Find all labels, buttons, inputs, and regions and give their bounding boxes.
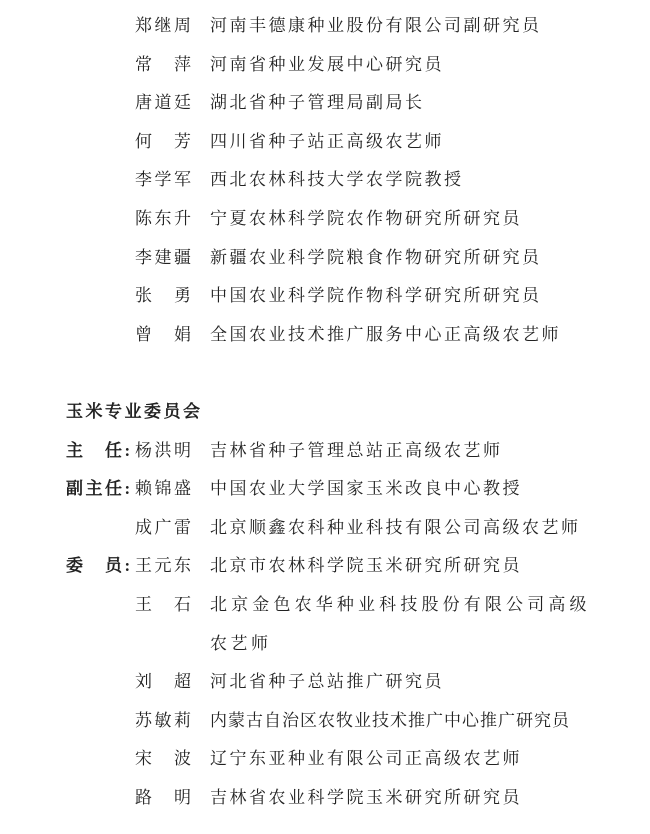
member-name: 刘 超	[135, 663, 210, 702]
member-name: 王 石	[135, 586, 210, 625]
member-name: 郑继周	[135, 7, 210, 46]
member-row: 李学军 西北农林科技大学农学院教授	[0, 161, 650, 200]
member-name: 陈东升	[135, 200, 210, 239]
member-affiliation: 中国农业大学国家玉米改良中心教授	[210, 470, 590, 509]
member-row: 王 石 北京金色农华种业科技股份有限公司高级农艺师	[0, 586, 650, 663]
role-label: 主 任:	[66, 432, 135, 471]
member-affiliation: 四川省种子站正高级农艺师	[210, 123, 590, 162]
member-row: 委 员: 王元东 北京市农林科学院玉米研究所研究员	[0, 547, 650, 586]
member-row: 刘 超 河北省种子总站推广研究员	[0, 663, 650, 702]
member-row: 曾 娟 全国农业技术推广服务中心正高级农艺师	[0, 316, 650, 355]
member-row: 宋 波 辽宁东亚种业有限公司正高级农艺师	[0, 740, 650, 779]
member-name: 曾 娟	[135, 316, 210, 355]
member-affiliation: 北京顺鑫农科种业科技有限公司高级农艺师	[210, 509, 590, 548]
member-name: 张 勇	[135, 277, 210, 316]
member-name: 成广雷	[135, 509, 210, 548]
member-row: 唐道廷 湖北省种子管理局副局长	[0, 84, 650, 123]
member-row: 常 萍 河南省种业发展中心研究员	[0, 46, 650, 85]
member-row: 郑继周 河南丰德康种业股份有限公司副研究员	[0, 7, 650, 46]
member-row: 张 勇 中国农业科学院作物科学研究所研究员	[0, 277, 650, 316]
member-name: 王元东	[135, 547, 210, 586]
member-row: 成广雷 北京顺鑫农科种业科技有限公司高级农艺师	[0, 509, 650, 548]
member-row: 路 明 吉林省农业科学院玉米研究所研究员	[0, 779, 650, 818]
member-name: 何 芳	[135, 123, 210, 162]
member-affiliation: 吉林省农业科学院玉米研究所研究员	[210, 779, 590, 818]
member-row: 陈东升 宁夏农林科学院农作物研究所研究员	[0, 200, 650, 239]
member-affiliation: 湖北省种子管理局副局长	[210, 84, 590, 123]
role-label: 副主任:	[66, 470, 135, 509]
section-heading: 玉米专业委员会	[66, 393, 650, 432]
committee-section-1: 郑继周 河南丰德康种业股份有限公司副研究员 常 萍 河南省种业发展中心研究员 唐…	[0, 7, 650, 354]
member-affiliation: 西北农林科技大学农学院教授	[210, 161, 590, 200]
role-label: 委 员:	[66, 547, 135, 586]
member-name: 赖锦盛	[135, 470, 210, 509]
member-name: 李学军	[135, 161, 210, 200]
member-affiliation: 辽宁东亚种业有限公司正高级农艺师	[210, 740, 590, 779]
member-name: 苏敏莉	[135, 702, 210, 741]
member-name: 宋 波	[135, 740, 210, 779]
member-name: 唐道廷	[135, 84, 210, 123]
member-name: 杨洪明	[135, 432, 210, 471]
member-affiliation: 河南省种业发展中心研究员	[210, 46, 590, 85]
member-affiliation: 全国农业技术推广服务中心正高级农艺师	[210, 316, 590, 355]
member-affiliation: 北京市农林科学院玉米研究所研究员	[210, 547, 590, 586]
member-affiliation: 宁夏农林科学院农作物研究所研究员	[210, 200, 590, 239]
member-row: 主 任: 杨洪明 吉林省种子管理总站正高级农艺师	[0, 432, 650, 471]
member-affiliation: 河南丰德康种业股份有限公司副研究员	[210, 7, 590, 46]
member-name: 路 明	[135, 779, 210, 818]
member-row: 苏敏莉 内蒙古自治区农牧业技术推广中心推广研究员	[0, 702, 650, 741]
member-row: 李建疆 新疆农业科学院粮食作物研究所研究员	[0, 239, 650, 278]
member-affiliation: 内蒙古自治区农牧业技术推广中心推广研究员	[210, 702, 590, 741]
member-row: 副主任: 赖锦盛 中国农业大学国家玉米改良中心教授	[0, 470, 650, 509]
member-affiliation: 河北省种子总站推广研究员	[210, 663, 590, 702]
member-row: 何 芳 四川省种子站正高级农艺师	[0, 123, 650, 162]
member-affiliation: 新疆农业科学院粮食作物研究所研究员	[210, 239, 590, 278]
member-affiliation: 中国农业科学院作物科学研究所研究员	[210, 277, 590, 316]
member-affiliation: 北京金色农华种业科技股份有限公司高级农艺师	[210, 586, 590, 663]
committee-section-corn: 玉米专业委员会 主 任: 杨洪明 吉林省种子管理总站正高级农艺师 副主任: 赖锦…	[0, 393, 650, 818]
member-affiliation: 吉林省种子管理总站正高级农艺师	[210, 432, 590, 471]
member-name: 李建疆	[135, 239, 210, 278]
document-page: 郑继周 河南丰德康种业股份有限公司副研究员 常 萍 河南省种业发展中心研究员 唐…	[0, 0, 650, 834]
member-name: 常 萍	[135, 46, 210, 85]
